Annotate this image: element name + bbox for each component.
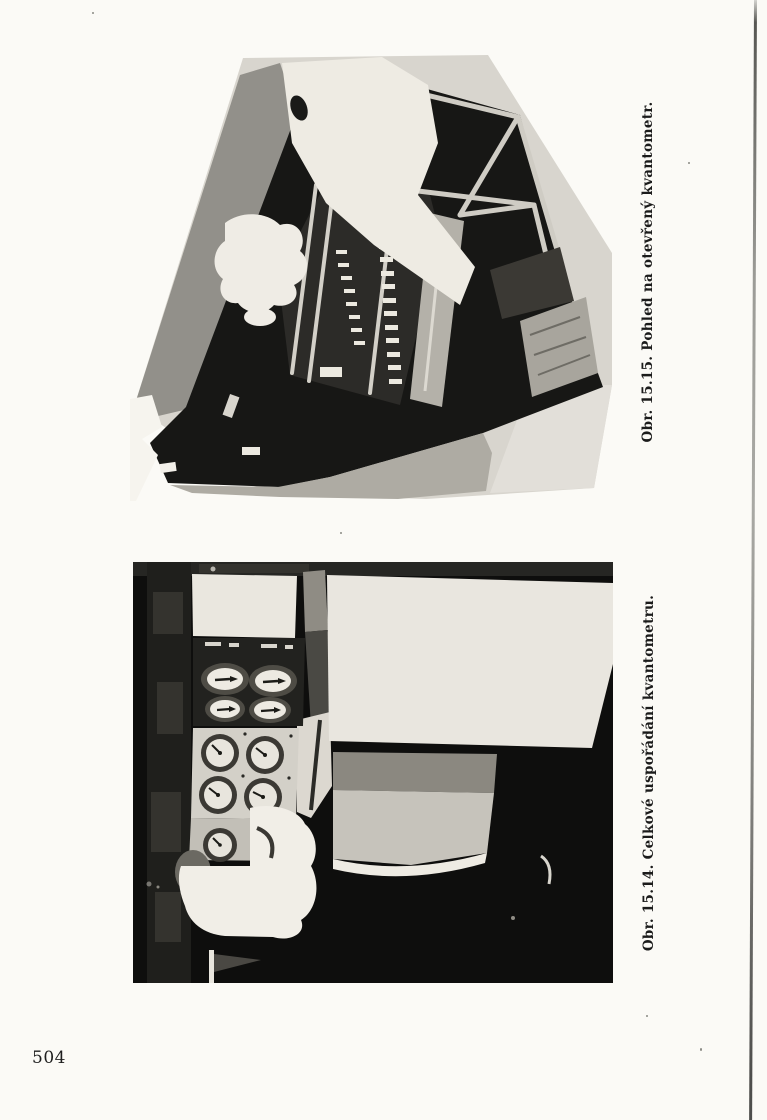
- figure-15-14: [133, 562, 613, 983]
- figure-caption-15-14: Obr. 15.14. Celkové uspořádání kvantomet…: [641, 595, 657, 951]
- figure-15-15: [130, 55, 612, 505]
- scan-speckle: [700, 1048, 702, 1051]
- scan-speckle: [688, 162, 690, 164]
- scan-speckle: [92, 12, 94, 14]
- scan-speckle: [340, 532, 342, 534]
- photo-open-quantometer: [130, 55, 612, 505]
- page-number: 504: [32, 1048, 66, 1068]
- book-page: Obr. 15.15. Pohled na otevřený kvantomet…: [0, 0, 767, 1120]
- page-gutter-shadow: [749, 0, 757, 1120]
- figure-caption-15-15: Obr. 15.15. Pohled na otevřený kvantomet…: [640, 102, 656, 443]
- photo-quantometer-arrangement: [133, 562, 613, 983]
- scan-speckle: [646, 1015, 648, 1017]
